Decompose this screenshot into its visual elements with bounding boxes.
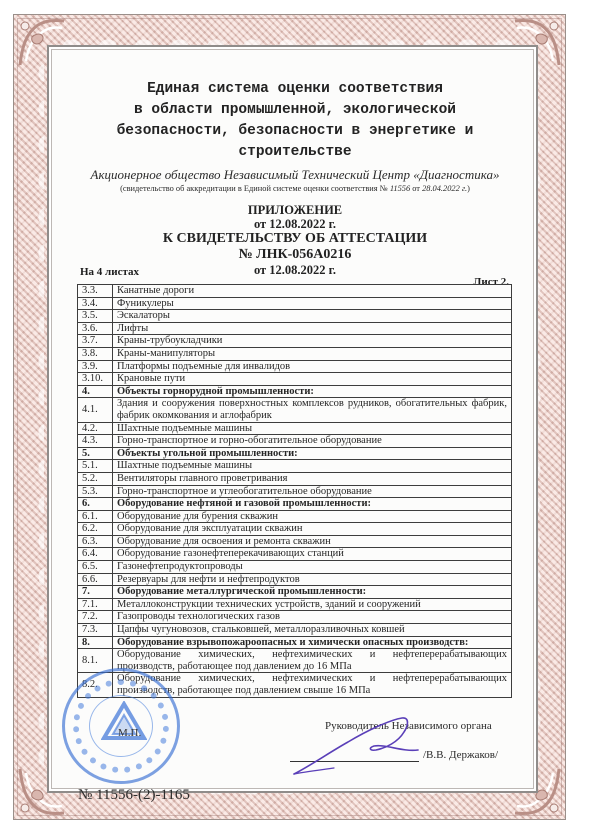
item-description: Эскалаторы <box>113 310 512 323</box>
system-title-line: строительстве <box>60 142 530 163</box>
certificate-number: № ЛНК-056А0216 <box>60 247 530 263</box>
item-number: 6.6. <box>78 573 113 586</box>
accreditation-prefix: (свидетельство об аккредитации в Единой … <box>120 184 390 193</box>
item-description: Оборудование для освоения и ремонта сква… <box>113 535 512 548</box>
table-row: 3.4.Фуникулеры <box>78 297 512 310</box>
appendix-date: от 12.08.2022 г. <box>60 217 530 231</box>
table-row: 3.3.Канатные дороги <box>78 285 512 298</box>
item-description: Канатные дороги <box>113 285 512 298</box>
item-number: 3.3. <box>78 285 113 298</box>
table-row: 6.6.Резервуары для нефти и нефтепродукто… <box>78 573 512 586</box>
item-description: Лифты <box>113 322 512 335</box>
item-description: Объекты горнорудной промышленности: <box>113 385 512 398</box>
appendix-title: ПРИЛОЖЕНИЕ <box>60 203 530 217</box>
signatory-name: /В.В. Держаков/ <box>423 749 498 761</box>
border-pattern-right <box>535 55 561 779</box>
border-pattern-top <box>54 19 525 45</box>
item-description: Газонефтепродуктопроводы <box>113 561 512 574</box>
item-description: Оборудование газонефтеперекачивающих ста… <box>113 548 512 561</box>
table-row: 3.8.Краны-манипуляторы <box>78 347 512 360</box>
table-row: 3.10.Крановые пути <box>78 373 512 386</box>
table-row: 7.3.Цапфы чугуновозов, стальковшей, мета… <box>78 624 512 637</box>
item-number: 3.9. <box>78 360 113 373</box>
item-description: Газопроводы технологических газов <box>113 611 512 624</box>
item-number: 6.1. <box>78 510 113 523</box>
item-description: Оборудование для бурения скважин <box>113 510 512 523</box>
table-section-row: 8.Оборудование взрывопожароопасных и хим… <box>78 636 512 649</box>
table-section-row: 7.Оборудование металлургической промышле… <box>78 586 512 599</box>
item-description: Оборудование взрывопожароопасных и химич… <box>113 636 512 649</box>
table-row: 3.6.Лифты <box>78 322 512 335</box>
accreditation-suffix: ) <box>467 184 470 193</box>
system-title-line: в области промышленной, экологической <box>60 100 530 121</box>
item-number: 3.4. <box>78 297 113 310</box>
item-number: 7.2. <box>78 611 113 624</box>
table-section-row: 4.Объекты горнорудной промышленности: <box>78 385 512 398</box>
accreditation-number: 11556 <box>390 184 410 193</box>
system-title-line: безопасности, безопасности в энергетике … <box>60 121 530 142</box>
item-number: 4.2. <box>78 422 113 435</box>
certificate-heading: К СВИДЕТЕЛЬСТВУ ОБ АТТЕСТАЦИИ <box>60 231 530 247</box>
item-number: 7. <box>78 586 113 599</box>
table-section-row: 6.Оборудование нефтяной и газовой промыш… <box>78 498 512 511</box>
organization-name: Акционерное общество Независимый Техниче… <box>60 167 530 183</box>
table-row: 7.1.Металлоконструкции технических устро… <box>78 598 512 611</box>
table-row: 3.5.Эскалаторы <box>78 310 512 323</box>
table-row: 5.3.Горно-транспортное и углеобогатитель… <box>78 485 512 498</box>
item-description: Оборудование химических, нефтехимических… <box>113 673 512 697</box>
table-row: 7.2.Газопроводы технологических газов <box>78 611 512 624</box>
item-description: Оборудование металлургической промышленн… <box>113 586 512 599</box>
item-description: Шахтные подъемные машины <box>113 460 512 473</box>
item-number: 4.1. <box>78 398 113 422</box>
table-section-row: 5.Объекты угольной промышленности: <box>78 447 512 460</box>
item-number: 6.3. <box>78 535 113 548</box>
table-row: 8.1.Оборудование химических, нефтехимиче… <box>78 649 512 673</box>
item-number: 5.3. <box>78 485 113 498</box>
handwritten-signature-icon <box>290 716 425 778</box>
item-description: Оборудование химических, нефтехимических… <box>113 649 512 673</box>
accreditation-mid: от <box>410 184 422 193</box>
item-description: Краны-трубоукладчики <box>113 335 512 348</box>
item-description: Шахтные подъемные машины <box>113 422 512 435</box>
item-number: 3.7. <box>78 335 113 348</box>
item-number: 6.4. <box>78 548 113 561</box>
item-description: Горно-транспортное и углеобогатительное … <box>113 485 512 498</box>
item-number: 6. <box>78 498 113 511</box>
item-number: 4. <box>78 385 113 398</box>
table-row: 4.3.Горно-транспортное и горно-обогатите… <box>78 435 512 448</box>
item-number: 8. <box>78 636 113 649</box>
table-row: 4.1.Здания и сооружения поверхностных ко… <box>78 398 512 422</box>
item-description: Горно-транспортное и горно-обогатительно… <box>113 435 512 448</box>
item-description: Резервуары для нефти и нефтепродуктов <box>113 573 512 586</box>
item-description: Здания и сооружения поверхностных компле… <box>113 398 512 422</box>
border-pattern-left <box>18 55 44 779</box>
table-row: 4.2.Шахтные подъемные машины <box>78 422 512 435</box>
item-number: 5. <box>78 447 113 460</box>
table-row: 6.5.Газонефтепродуктопроводы <box>78 561 512 574</box>
item-number: 5.2. <box>78 472 113 485</box>
item-number: 6.2. <box>78 523 113 536</box>
item-description: Металлоконструкции технических устройств… <box>113 598 512 611</box>
item-number: 3.6. <box>78 322 113 335</box>
item-number: 3.8. <box>78 347 113 360</box>
item-description: Оборудование нефтяной и газовой промышле… <box>113 498 512 511</box>
item-description: Платформы подъемные для инвалидов <box>113 360 512 373</box>
item-description: Объекты угольной промышленности: <box>113 447 512 460</box>
accreditation-note: (свидетельство об аккредитации в Единой … <box>60 184 530 193</box>
stamp-place-label: М.П. <box>118 727 141 739</box>
item-description: Краны-манипуляторы <box>113 347 512 360</box>
table-row: 6.4.Оборудование газонефтеперекачивающих… <box>78 548 512 561</box>
item-number: 4.3. <box>78 435 113 448</box>
item-description: Крановые пути <box>113 373 512 386</box>
table-row: 3.7.Краны-трубоукладчики <box>78 335 512 348</box>
item-number: 3.5. <box>78 310 113 323</box>
item-description: Фуникулеры <box>113 297 512 310</box>
table-row: 5.2.Вентиляторы главного проветривания <box>78 472 512 485</box>
item-number: 3.10. <box>78 373 113 386</box>
table-row: 5.1.Шахтные подъемные машины <box>78 460 512 473</box>
system-title-line: Единая система оценки соответствия <box>60 79 530 100</box>
table-row: 6.3.Оборудование для освоения и ремонта … <box>78 535 512 548</box>
item-number: 6.5. <box>78 561 113 574</box>
item-number: 5.1. <box>78 460 113 473</box>
item-number: 7.3. <box>78 624 113 637</box>
objects-table: 3.3.Канатные дороги3.4.Фуникулеры3.5.Эск… <box>77 284 512 698</box>
accreditation-date: 28.04.2022 г. <box>422 184 467 193</box>
table-row: 6.2.Оборудование для эксплуатации скважи… <box>78 523 512 536</box>
item-description: Вентиляторы главного проветривания <box>113 472 512 485</box>
official-stamp <box>62 668 180 784</box>
table-row: 6.1.Оборудование для бурения скважин <box>78 510 512 523</box>
system-title: Единая система оценки соответствия в обл… <box>60 79 530 163</box>
item-description: Оборудование для эксплуатации скважин <box>113 523 512 536</box>
item-number: 7.1. <box>78 598 113 611</box>
table-row: 3.9.Платформы подъемные для инвалидов <box>78 360 512 373</box>
form-serial-number: № 11556-(2)-1165 <box>78 787 190 804</box>
item-description: Цапфы чугуновозов, стальковшей, металлор… <box>113 624 512 637</box>
total-sheets: На 4 листах <box>80 266 139 278</box>
